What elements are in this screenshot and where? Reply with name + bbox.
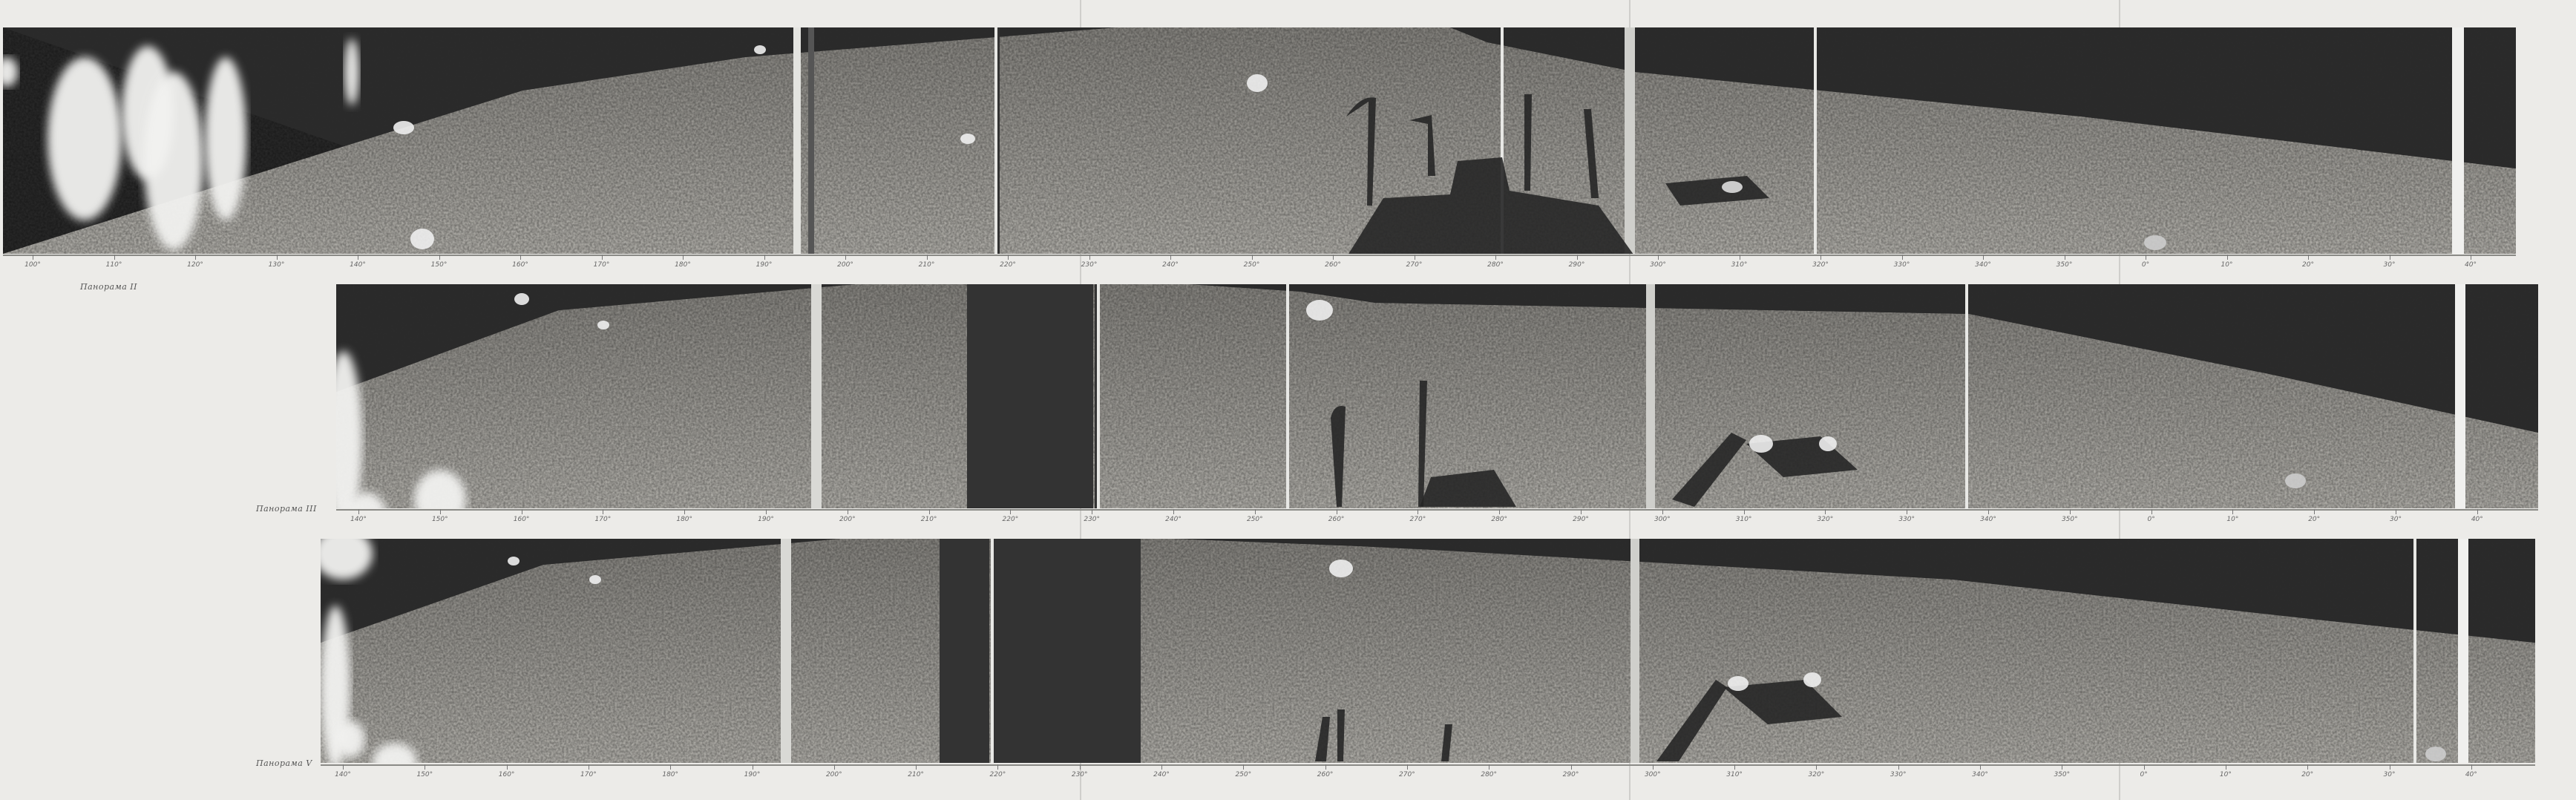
scale-tick <box>848 509 848 514</box>
scale-tick-label: 330° <box>1898 516 1915 523</box>
scale-tick <box>766 509 767 514</box>
scale-tick <box>1571 764 1572 770</box>
scale-tick <box>753 764 753 770</box>
panorama-image-strip-V <box>321 539 2535 763</box>
scale-tick-label: 0° <box>2142 261 2149 269</box>
scale-tick-label: 40° <box>2465 771 2477 778</box>
scale-tick <box>1243 764 1244 770</box>
scale-tick <box>603 509 603 514</box>
scale-tick-label: 310° <box>1736 516 1752 523</box>
scale-tick-label: 260° <box>1328 516 1345 523</box>
scale-tick <box>1902 255 1903 260</box>
scale-tick-label: 220° <box>1000 261 1016 269</box>
scale-tick-label: 170° <box>595 516 612 523</box>
scale-tick-label: 280° <box>1487 261 1504 269</box>
scale-tick <box>2471 764 2472 770</box>
scale-tick <box>1740 255 1740 260</box>
scale-tick-label: 170° <box>580 771 597 778</box>
scale-tick <box>1337 509 1337 514</box>
scale-tick-label: 220° <box>990 771 1006 778</box>
scale-tick <box>1734 764 1735 770</box>
scale-tick-label: 20° <box>2302 261 2314 269</box>
scale-tick <box>1820 255 1821 260</box>
scale-tick <box>602 255 603 260</box>
scale-tick-label: 110° <box>106 261 122 269</box>
scale-tick <box>997 764 998 770</box>
panorama-image-strip-II <box>3 27 2516 254</box>
scale-tick-label: 290° <box>1573 516 1589 523</box>
scale-tick <box>2307 764 2308 770</box>
scale-tick-label: 250° <box>1235 771 1251 778</box>
azimuth-scale-II: 100°110°120°130°140°150°160°170°180°190°… <box>3 255 2516 277</box>
scale-tick-label: 350° <box>2062 516 2078 523</box>
scale-tick-label: 180° <box>676 516 692 523</box>
scale-tick-label: 210° <box>919 261 935 269</box>
scale-tick <box>277 255 278 260</box>
scale-tick <box>507 764 508 770</box>
scale-tick-label: 150° <box>431 261 448 269</box>
scale-tick <box>2314 509 2315 514</box>
scale-tick-label: 240° <box>1162 261 1179 269</box>
scale-tick-label: 280° <box>1481 771 1497 778</box>
scale-tick <box>929 509 930 514</box>
scale-tick-label: 270° <box>1399 771 1415 778</box>
scale-tick-label: 240° <box>1153 771 1170 778</box>
scale-tick-label: 180° <box>662 771 678 778</box>
scale-tick-label: 300° <box>1645 771 1661 778</box>
scale-tick-label: 40° <box>2471 516 2483 523</box>
scale-tick <box>358 509 359 514</box>
panorama-label-III: Панорама III <box>256 504 317 514</box>
scale-tick <box>1333 255 1334 260</box>
scale-tick <box>1907 509 1907 514</box>
scale-tick <box>2390 255 2390 260</box>
scale-tick-label: 230° <box>1081 261 1098 269</box>
scale-tick-label: 30° <box>2390 516 2402 523</box>
scale-tick-label: 300° <box>1650 261 1666 269</box>
scale-tick-label: 260° <box>1317 771 1334 778</box>
scale-tick-label: 140° <box>335 771 351 778</box>
scale-tick-label: 30° <box>2384 261 2396 269</box>
scale-tick-label: 160° <box>512 261 528 269</box>
scale-tick-label: 310° <box>1726 771 1743 778</box>
scale-tick-label: 40° <box>2465 261 2477 269</box>
scale-tick-label: 20° <box>2308 516 2320 523</box>
scale-tick-label: 340° <box>1980 516 1996 523</box>
scale-tick-label: 0° <box>2147 516 2154 523</box>
scale-tick <box>1816 764 1817 770</box>
scale-tick <box>845 255 846 260</box>
scale-tick <box>114 255 115 260</box>
scale-tick <box>1415 255 1415 260</box>
scale-tick-label: 10° <box>2226 516 2238 523</box>
scale-tick-label: 170° <box>594 261 610 269</box>
scale-tick-label: 280° <box>1491 516 1507 523</box>
scale-tick <box>2477 509 2478 514</box>
scale-tick-label: 160° <box>499 771 515 778</box>
scale-tick-label: 190° <box>744 771 761 778</box>
scale-tick <box>1744 509 1745 514</box>
scale-tick <box>1499 509 1500 514</box>
scale-tick-label: 250° <box>1247 516 1263 523</box>
scale-tick-label: 270° <box>1406 261 1423 269</box>
azimuth-scale-V: 140°150°160°170°180°190°200°210°220°230°… <box>321 764 2535 787</box>
scale-tick-label: 350° <box>2056 261 2073 269</box>
scale-tick-label: 240° <box>1165 516 1182 523</box>
scale-tick-label: 310° <box>1731 261 1748 269</box>
scale-tick-label: 250° <box>1244 261 1260 269</box>
scale-tick <box>684 509 685 514</box>
scale-tick <box>1255 509 1256 514</box>
scale-tick <box>1173 509 1174 514</box>
scale-tick <box>2308 255 2309 260</box>
scale-tick <box>1662 509 1663 514</box>
scale-tick <box>1898 764 1899 770</box>
scale-tick <box>1161 764 1162 770</box>
scale-tick-label: 260° <box>1325 261 1341 269</box>
scale-tick <box>2227 255 2228 260</box>
scale-tick-label: 350° <box>2054 771 2070 778</box>
scale-tick <box>520 255 521 260</box>
scale-tick <box>1653 764 1654 770</box>
scale-tick <box>1658 255 1659 260</box>
scale-tick <box>1170 255 1171 260</box>
scale-tick <box>834 764 835 770</box>
scale-tick-label: 140° <box>350 261 366 269</box>
scale-tick <box>1581 509 1582 514</box>
scale-tick <box>764 255 765 260</box>
scale-tick <box>2065 255 2065 260</box>
scale-tick <box>1489 764 1489 770</box>
scale-tick-label: 270° <box>1410 516 1426 523</box>
scale-tick <box>440 509 441 514</box>
scale-tick-label: 160° <box>514 516 530 523</box>
scale-tick <box>2390 764 2390 770</box>
scale-tick-label: 190° <box>758 516 774 523</box>
scale-tick-label: 130° <box>269 261 285 269</box>
scale-tick-label: 200° <box>837 261 853 269</box>
scale-tick-label: 320° <box>1818 516 1834 523</box>
scale-tick-label: 140° <box>350 516 367 523</box>
scale-tick <box>2151 509 2152 514</box>
panorama-label-II: Панорама II <box>80 282 137 292</box>
scale-tick-label: 100° <box>24 261 41 269</box>
scale-tick <box>522 509 522 514</box>
scale-tick-label: 210° <box>921 516 937 523</box>
scale-tick-label: 330° <box>1890 771 1907 778</box>
scale-tick <box>2144 764 2145 770</box>
scale-tick <box>1825 509 1826 514</box>
scale-tick <box>2471 255 2471 260</box>
scale-tick <box>1988 509 1989 514</box>
scale-tick-label: 340° <box>1972 771 1988 778</box>
scale-tick-label: 290° <box>1563 771 1579 778</box>
scale-tick-label: 180° <box>675 261 691 269</box>
scale-tick <box>670 764 671 770</box>
scale-tick-label: 290° <box>1569 261 1585 269</box>
scale-tick <box>1010 509 1011 514</box>
scale-tick-label: 320° <box>1809 771 1825 778</box>
scale-tick <box>33 255 33 260</box>
scale-tick <box>589 764 589 770</box>
scale-tick-label: 150° <box>416 771 433 778</box>
scale-tick <box>2146 255 2146 260</box>
scale-tick <box>1008 255 1009 260</box>
scale-tick <box>683 255 684 260</box>
scale-tick-label: 10° <box>2221 261 2233 269</box>
scale-tick-label: 150° <box>432 516 448 523</box>
azimuth-scale-III: 140°150°160°170°180°190°200°210°220°230°… <box>336 509 2538 531</box>
scale-tick <box>1495 255 1496 260</box>
scale-tick-label: 300° <box>1654 516 1671 523</box>
scale-tick-label: 120° <box>187 261 203 269</box>
scale-tick-label: 10° <box>2220 771 2232 778</box>
panorama-label-V: Панорама V <box>256 758 312 768</box>
scale-tick <box>1577 255 1578 260</box>
scale-tick <box>1089 255 1090 260</box>
scale-tick <box>916 764 917 770</box>
scale-tick <box>1980 764 1981 770</box>
scale-tick <box>195 255 196 260</box>
scale-tick <box>1252 255 1253 260</box>
scale-tick-label: 30° <box>2384 771 2396 778</box>
scale-tick-label: 230° <box>1072 771 1088 778</box>
scale-tick <box>439 255 440 260</box>
scale-tick-label: 0° <box>2140 771 2147 778</box>
scale-tick <box>927 255 928 260</box>
scale-tick-label: 20° <box>2301 771 2313 778</box>
scale-tick <box>425 764 425 770</box>
scale-tick <box>358 255 358 260</box>
scale-tick <box>2070 509 2071 514</box>
scale-tick <box>1080 764 1081 770</box>
scale-tick <box>2062 764 2062 770</box>
scale-tick-label: 190° <box>756 261 773 269</box>
scale-tick-label: 210° <box>908 771 924 778</box>
scale-tick-label: 230° <box>1084 516 1100 523</box>
scale-tick <box>1983 255 1984 260</box>
scale-tick <box>343 764 344 770</box>
scale-tick <box>1092 509 1092 514</box>
scale-tick <box>1407 764 1408 770</box>
scale-tick <box>2232 509 2233 514</box>
scale-tick-label: 330° <box>1894 261 1910 269</box>
scale-tick <box>2396 509 2396 514</box>
scale-tick-label: 200° <box>839 516 856 523</box>
scale-tick <box>1325 764 1326 770</box>
scale-tick-label: 320° <box>1812 261 1829 269</box>
scale-tick <box>2226 764 2226 770</box>
scale-tick-label: 200° <box>826 771 842 778</box>
scale-tick-label: 340° <box>1975 261 1991 269</box>
scale-tick-label: 220° <box>1003 516 1019 523</box>
scale-tick <box>1418 509 1418 514</box>
panorama-image-strip-III <box>336 284 2538 508</box>
